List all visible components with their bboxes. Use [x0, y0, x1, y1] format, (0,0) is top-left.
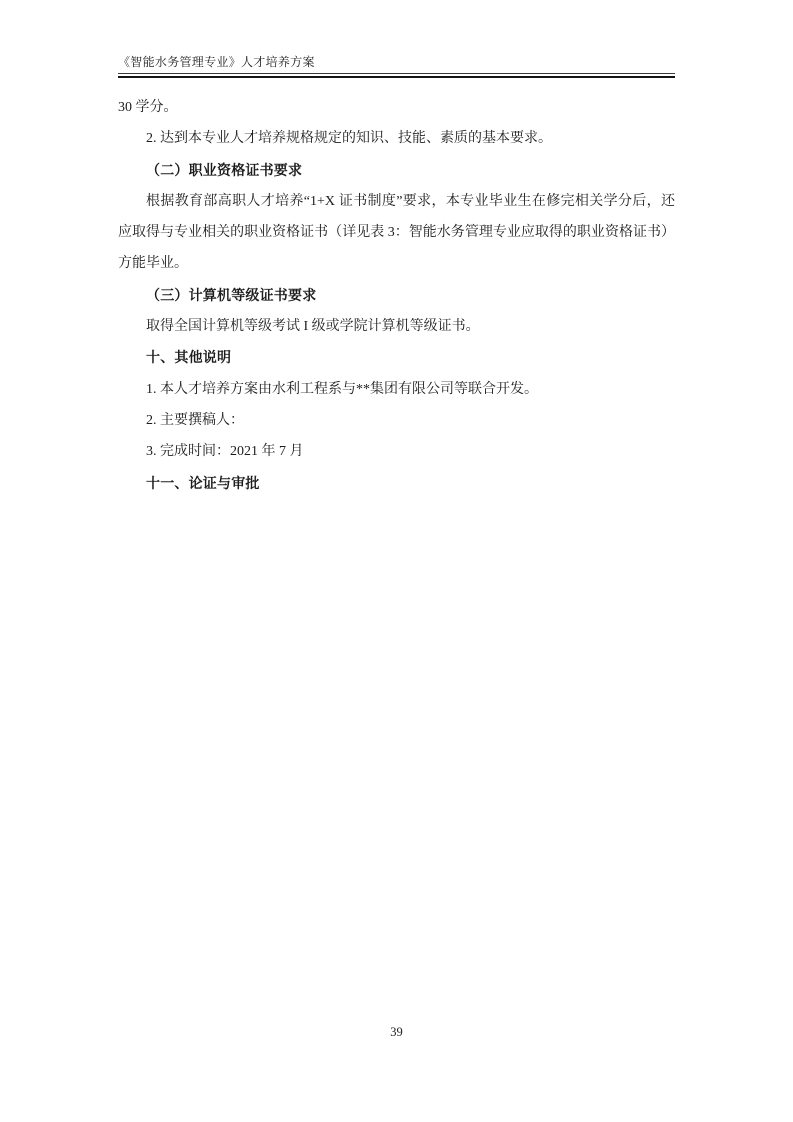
page-footer: 39 [0, 1022, 793, 1042]
paragraph-line: 根据教育部高职人才培养“1+X 证书制度”要求，本专业毕业生在修完相关学分后，还 [118, 186, 675, 217]
paragraph-line: 30 学分。 [118, 92, 675, 123]
paragraph-line: 3. 完成时间：2021 年 7 月 [118, 436, 675, 467]
paragraph-line: 1. 本人才培养方案由水利工程系与**集团有限公司等联合开发。 [118, 374, 675, 405]
paragraph-line: 方能毕业。 [118, 248, 675, 279]
paragraph-line: 应取得与专业相关的职业资格证书（详见表 3：智能水务管理专业应取得的职业资格证书… [118, 217, 675, 248]
page-header: 《智能水务管理专业》人才培养方案 [118, 53, 675, 71]
paragraph-line: 2. 主要撰稿人： [118, 405, 675, 436]
document-body: 30 学分。 2. 达到本专业人才培养规格规定的知识、技能、素质的基本要求。 （… [118, 92, 675, 499]
header-rule [118, 73, 675, 78]
page-number: 39 [390, 1025, 403, 1039]
section-heading: （二）职业资格证书要求 [118, 155, 675, 186]
header-title: 《智能水务管理专业》人才培养方案 [118, 53, 675, 71]
section-heading: 十、其他说明 [118, 342, 675, 373]
document-page: 《智能水务管理专业》人才培养方案 30 学分。 2. 达到本专业人才培养规格规定… [0, 0, 793, 1122]
section-heading: 十一、论证与审批 [118, 468, 675, 499]
section-heading: （三）计算机等级证书要求 [118, 280, 675, 311]
paragraph-line: 2. 达到本专业人才培养规格规定的知识、技能、素质的基本要求。 [118, 123, 675, 154]
paragraph-line: 取得全国计算机等级考试 I 级或学院计算机等级证书。 [118, 311, 675, 342]
